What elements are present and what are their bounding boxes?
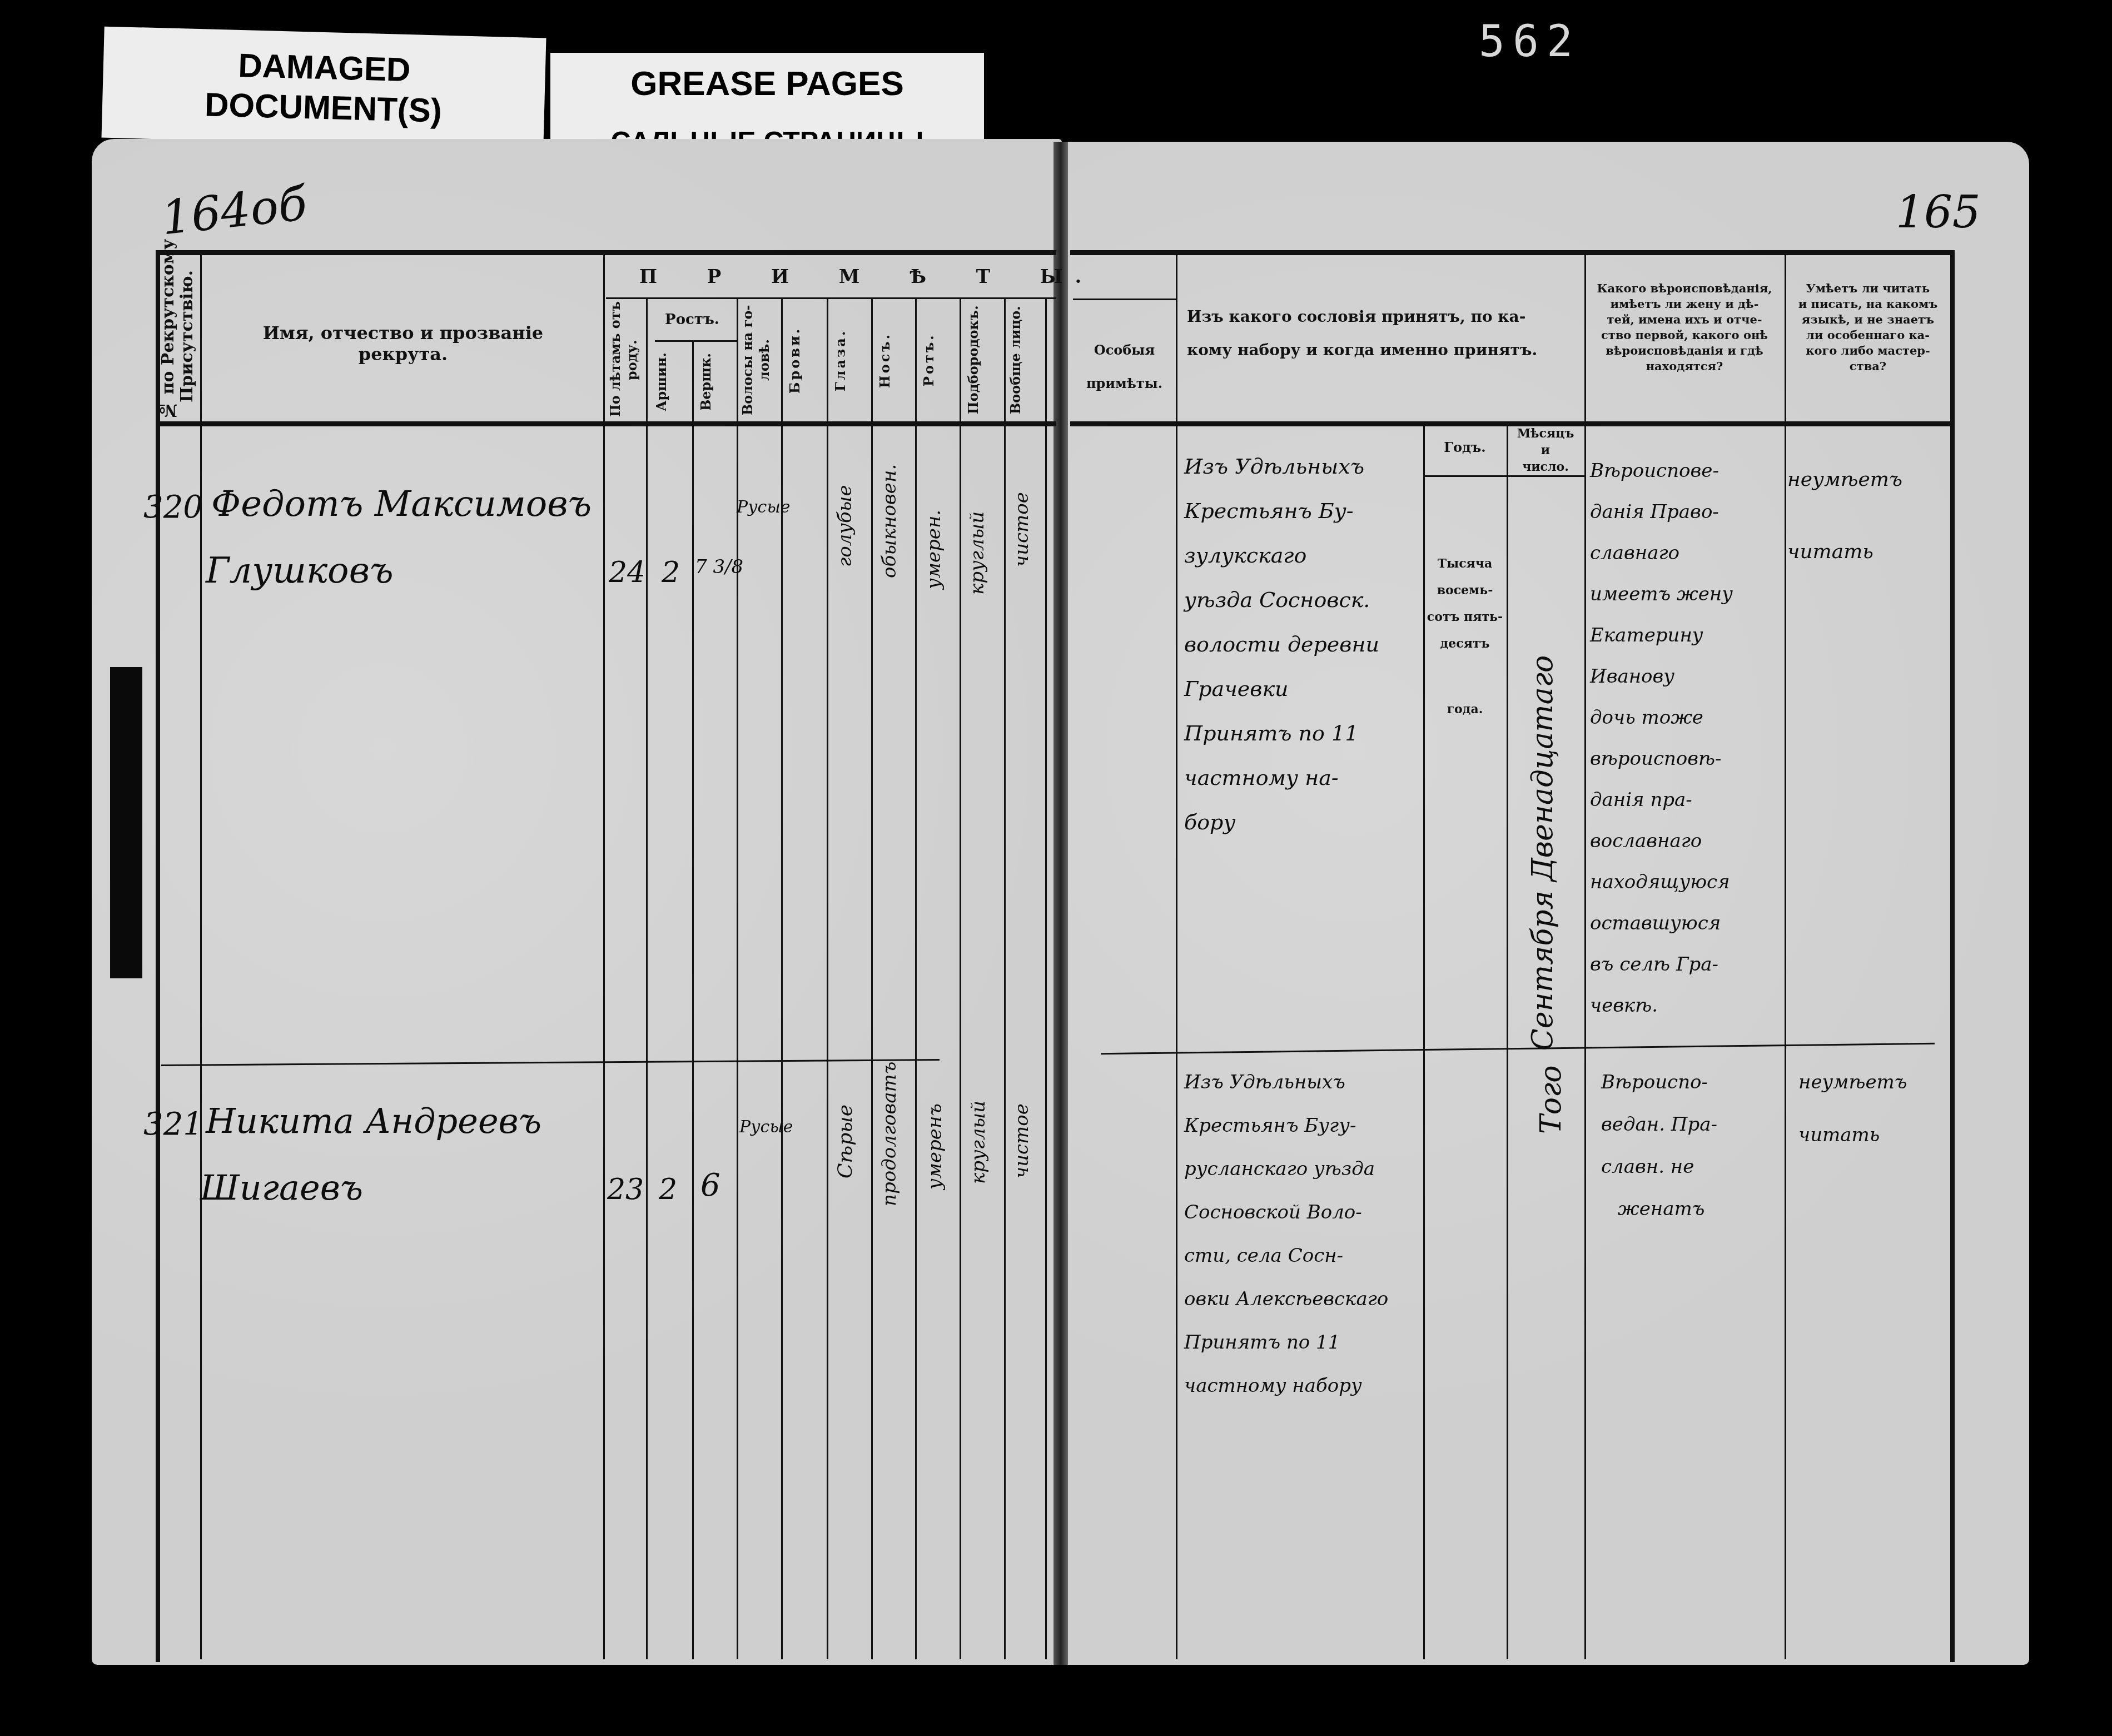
col-divider (200, 253, 202, 1659)
left-table-top-rule (156, 250, 1056, 255)
recruit-mouth: умерен. (923, 456, 945, 589)
signs-subheader-rule (606, 297, 1056, 299)
recruit-face: чистое (1011, 456, 1033, 567)
col-divider (646, 297, 648, 1659)
recruit-arshin: 2 (662, 556, 680, 589)
header-vershok: Вершк. (698, 347, 731, 417)
col-divider (960, 297, 961, 1659)
header-hair: Волосы на го- ловѣ. (739, 303, 778, 417)
header-chin: Подбородокъ. (965, 303, 998, 417)
header-origin: Изъ какого сословія принятъ, по ка- кому… (1187, 300, 1576, 367)
header-religion-family: Какого вѣроисповѣданія, имѣетъ ли жену и… (1587, 281, 1782, 374)
recruit-month-day: Того (1534, 1056, 1568, 1134)
recruit-name-line2: Глушковъ (206, 550, 394, 591)
header-nose: Носъ. (877, 303, 910, 417)
recruit-chin: круглый (966, 461, 988, 595)
recruit-number: 321 (143, 1106, 203, 1142)
header-mouth: Ротъ. (921, 303, 954, 417)
recruit-name-line1: Никита Андреевъ (206, 1101, 541, 1141)
recruit-age: 23 (607, 1173, 644, 1206)
col-divider (603, 253, 605, 1659)
grease-pages-label: GREASE PAGES САЛЬНЫЕ СТРАНИЦЫ (550, 53, 984, 145)
col-divider (1045, 297, 1047, 1659)
header-signs: П Р И М Ѣ Т Ы. (639, 266, 1040, 288)
recruit-eyes: Сѣрые (834, 1084, 857, 1178)
header-brows: Брови. (787, 303, 820, 417)
header-arshin: Аршин. (653, 347, 687, 417)
left-table-left-border (156, 250, 160, 1662)
col-divider (871, 297, 873, 1659)
recruit-chin: круглый (967, 1078, 990, 1184)
header-face: Вообще лицо. (1007, 303, 1041, 417)
year-subheader-rule (1423, 475, 1584, 477)
right-table-right-border (1950, 250, 1955, 1662)
header-name: Имя, отчество и прозваніе рекрута. (220, 322, 587, 365)
printed-year-text: Тысяча восемь- сотъ пять- десятъ года. (1426, 550, 1504, 723)
col-divider (1785, 253, 1786, 1659)
col-divider (1507, 425, 1508, 1659)
col-divider (692, 340, 694, 1659)
recruit-name-line1: Федотъ Максимовъ (211, 484, 592, 525)
frame-counter: 562 (1479, 17, 1581, 67)
recruit-vershok: 7 3/8 (695, 556, 743, 578)
recruit-literacy: неумѣетъ читать (1787, 470, 1902, 562)
recruit-religion-family: Вѣроиспо- ведан. Пра- славн. не женатъ (1601, 1073, 1717, 1242)
left-header-bottom-rule (156, 421, 1056, 426)
right-table-top-rule (1070, 250, 1954, 255)
recruit-origin: Изъ Удѣльныхъ Крестьянъ Бу- зулукскаго у… (1184, 456, 1379, 856)
recruit-vershok: 6 (700, 1167, 720, 1203)
col-divider (915, 297, 917, 1659)
recruit-hair: Русые (737, 498, 791, 517)
recruit-nose: продолговатъ (878, 1045, 901, 1206)
header-recruit-number: № по Рекрутскому Присутствію. (159, 253, 198, 420)
header-month-day: Мѣсяцъ и число. (1509, 425, 1582, 475)
col-divider (1004, 297, 1006, 1659)
recruit-hair: Русые (739, 1117, 793, 1137)
col-divider (1584, 253, 1586, 1659)
recruit-age: 24 (609, 556, 645, 589)
recruit-nose: обыкновен. (878, 445, 901, 578)
recruit-mouth: умеренъ (924, 1078, 946, 1190)
header-special-signs: Особыя примѣты. (1073, 334, 1176, 400)
header-age: По лѣтамъ отъ роду. (607, 303, 644, 417)
header-literacy: Умѣетъ ли читать и писать, на какомъ язы… (1787, 281, 1949, 374)
recruit-month-day: Сентября Двенадцатаго (1526, 550, 1559, 1051)
book-gutter (1053, 142, 1068, 1665)
col-divider (1176, 253, 1177, 1659)
recruit-name-line2: Шигаевъ (200, 1167, 363, 1208)
height-subheader-rule (655, 340, 738, 342)
recruit-literacy: неумѣетъ читать (1798, 1073, 1907, 1145)
damaged-document-label: DAMAGED DOCUMENT(S) (102, 27, 546, 150)
col-divider (1423, 425, 1425, 1659)
recruit-religion-family: Вѣроиспове- данія Право- славнаго имеетъ… (1590, 461, 1733, 1037)
recruit-origin: Изъ Удѣльныхъ Крестьянъ Бугу- русланскаг… (1184, 1073, 1388, 1420)
special-subheader-rule (1073, 299, 1176, 300)
header-height: Ростъ. (650, 311, 734, 328)
binding-clasp (110, 667, 142, 978)
header-year: Годъ. (1429, 439, 1501, 455)
recruit-arshin: 2 (659, 1173, 677, 1206)
recruit-face: чистое (1011, 1084, 1033, 1178)
recruit-number: 320 (143, 489, 203, 525)
recruit-eyes: голубые (834, 445, 856, 567)
header-eyes: Глаза. (832, 303, 866, 417)
right-page-number: 165 (1896, 186, 1981, 238)
col-divider (827, 297, 828, 1659)
